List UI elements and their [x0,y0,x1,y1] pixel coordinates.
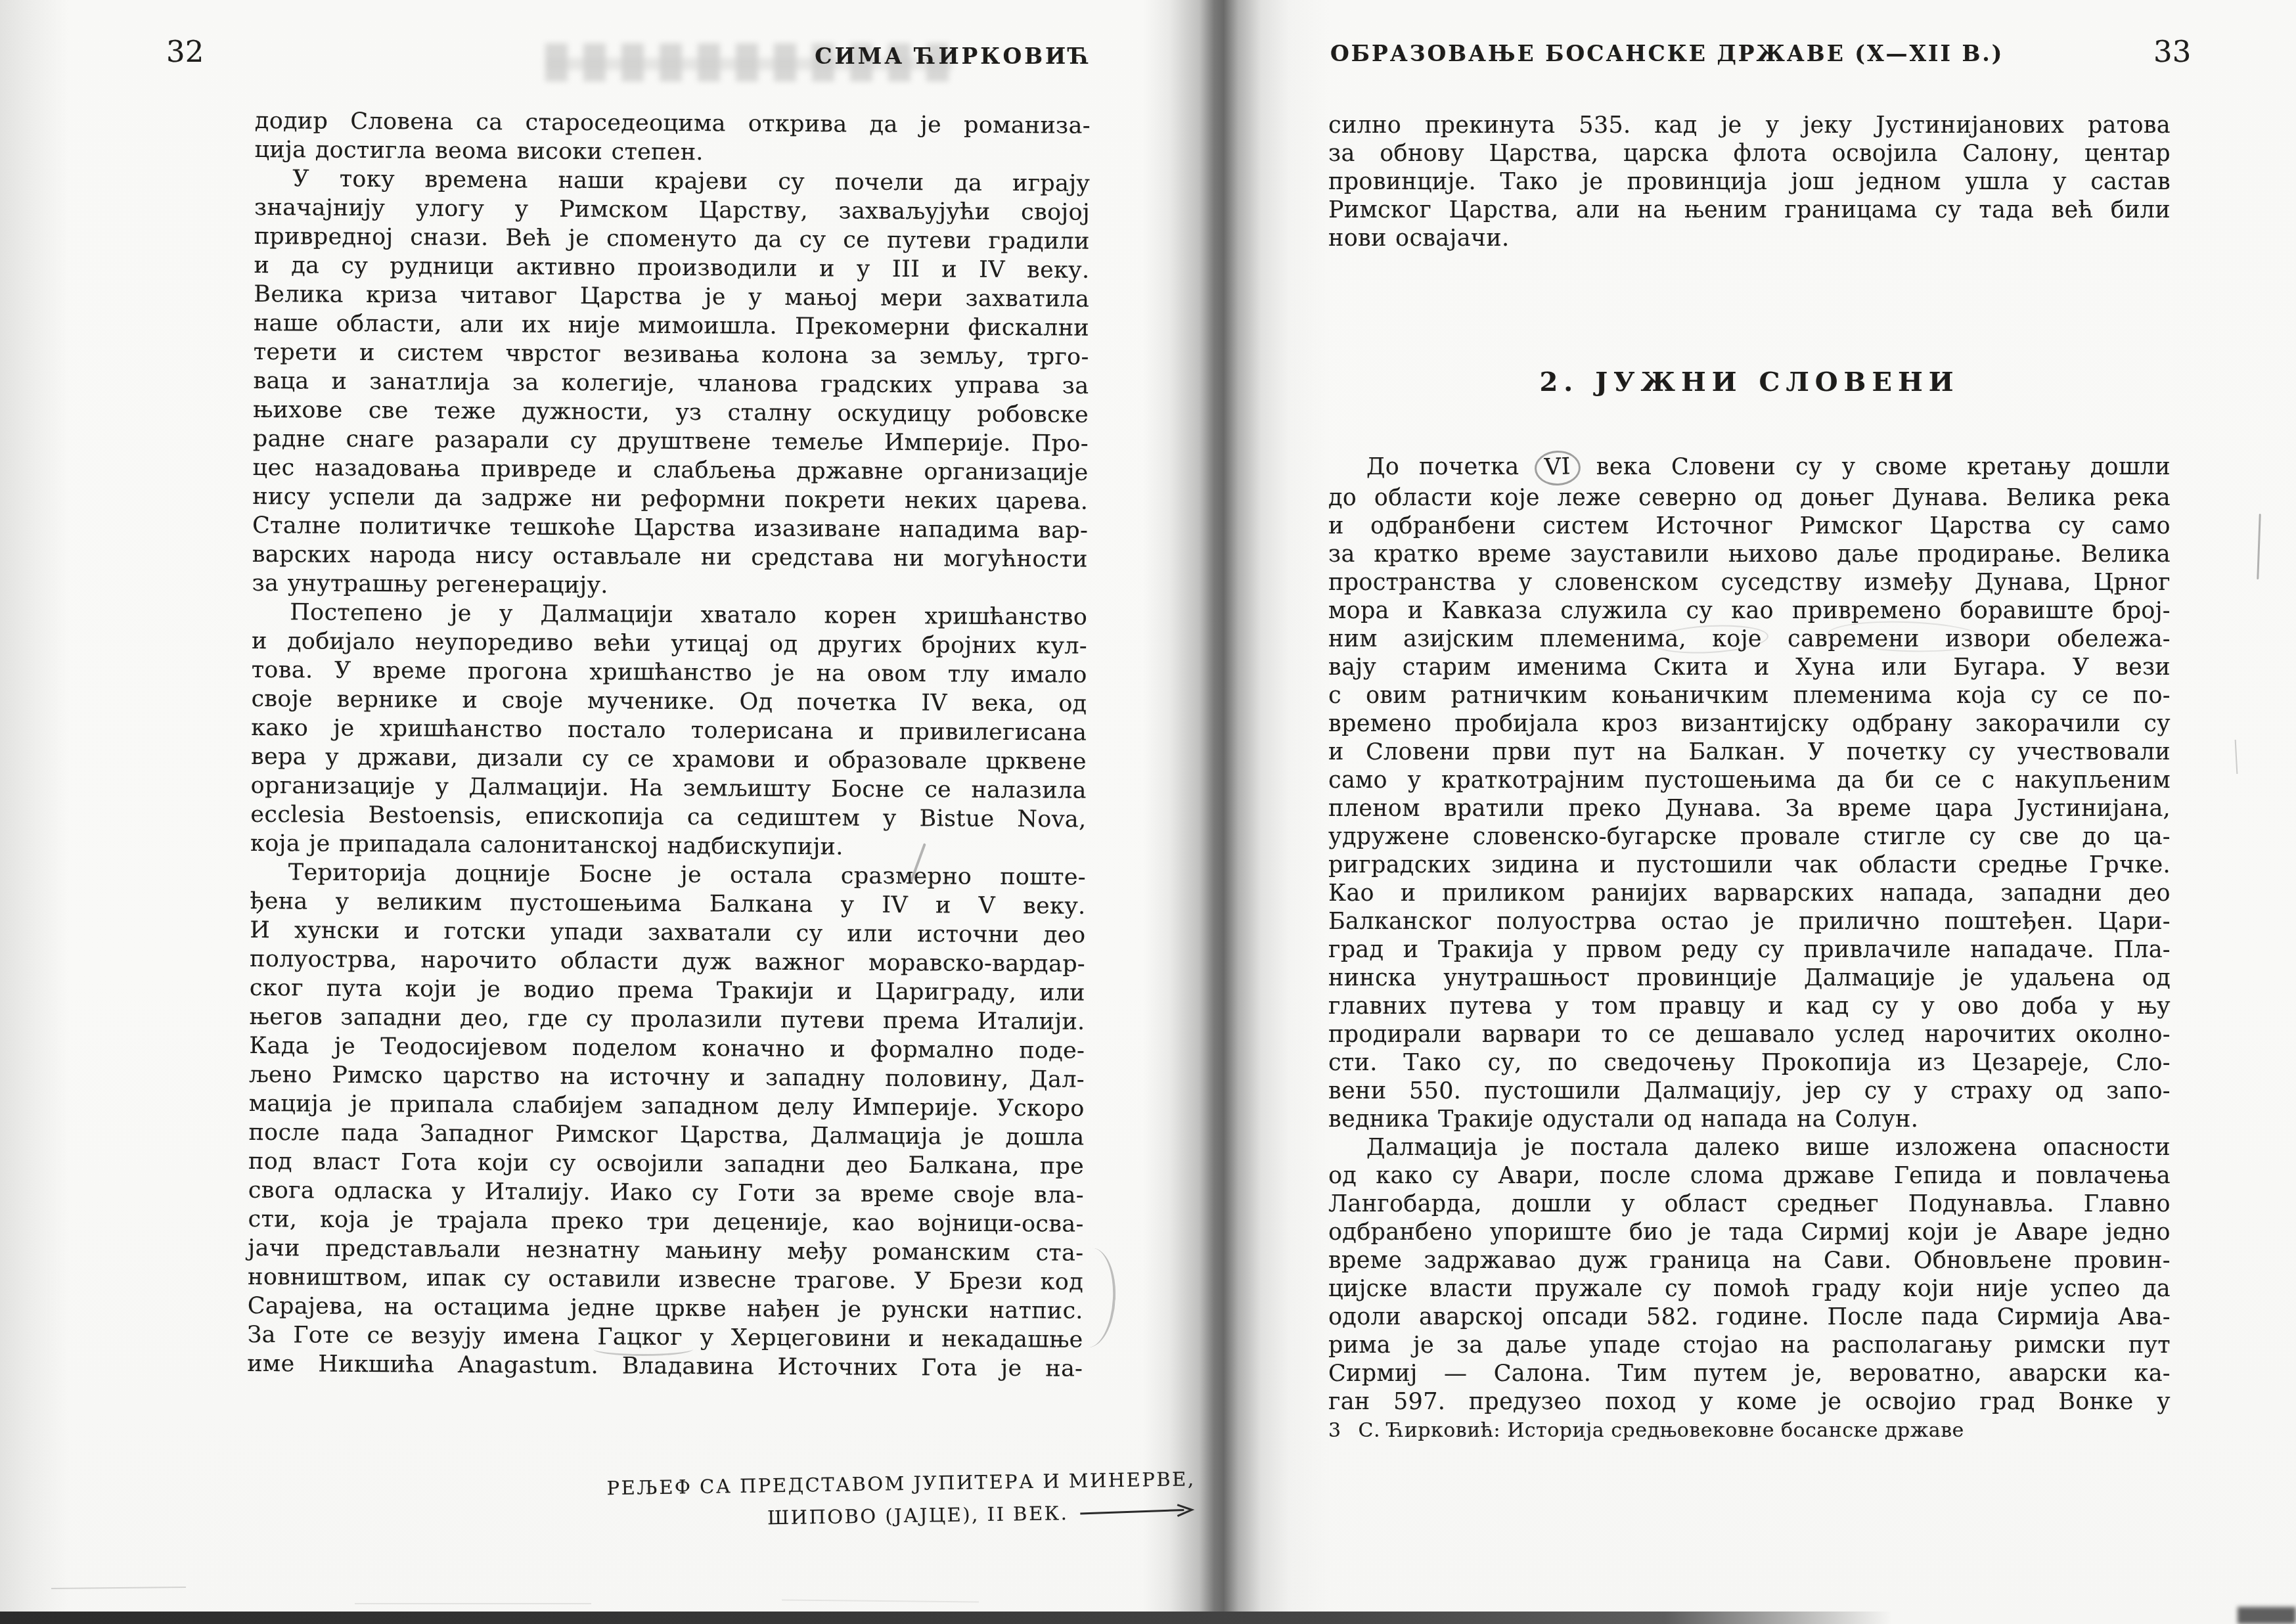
text-line: и одбранбени систем Источног Римског Цар… [1328,512,2171,541]
text-line: за кратко време зауставили њихово даље п… [1328,541,2171,569]
scan-bottom-band [0,1612,1892,1624]
text-line: која је припадала салонитанској надбиску… [250,829,1086,863]
pencil-circle-annotation: VI [1534,450,1581,486]
running-header-right: ОБРАЗОВАЊЕ БОСАНСКЕ ДРЖАВЕ (X—XII В.) [1330,41,2004,66]
text-line: полуострва, нарочито области дуж важног … [250,945,1085,979]
text-line: времено пробијала кроз византијску одбра… [1328,710,2171,738]
text-line: цес назадовања привреде и слабљења држав… [253,453,1089,487]
book-scan-spread: 32 СИМА ЋИРКОВИЋ додир Словена са старос… [0,0,2296,1624]
running-header-left: СИМА ЋИРКОВИЋ [723,43,1092,69]
text-line: град и Тракија у првом реду су привлачил… [1328,936,2171,964]
text-line: под власт Гота који су освојили западни … [248,1147,1084,1181]
caption-arrow-icon [1079,1501,1196,1522]
text-line: и Словени први пут на Балкан. У почетку … [1328,738,2171,767]
text-line: Сирмиј — Салона. Тим путем је, вероватно… [1328,1360,2171,1388]
text-line: ског пута који је водио према Тракији и … [250,974,1085,1008]
text-line: вени 550. пустошили Далмацију, јер су у … [1328,1077,2171,1106]
right-page-body-text: До почетка VI века Словени су у своме кр… [1328,452,2171,1416]
text-line: нови освајачи. [1328,225,2171,253]
text-line: Сарајева, на остацима једне цркве нађен … [248,1292,1083,1326]
text-line: Балканског полуострва остао је прилично … [1328,908,2171,936]
text-line: нису успели да задрже ни реформни покрет… [252,482,1088,516]
pencil-margin-line [2257,514,2261,579]
text-line: удружене словенско-бугарске провале стиг… [1328,823,2171,851]
text-line: јачи представљали незнатну мањину међу р… [248,1234,1083,1268]
text-line: До почетка VI века Словени су у своме кр… [1328,452,2171,484]
text-line: рима је за даље упаде стојао на располаг… [1328,1332,2171,1360]
text-line: сти. Тако су, по сведочењу Прокопија из … [1328,1049,2171,1077]
text-line: У току времена наши крајеви су почели да… [254,164,1090,198]
text-line-segment: До почетка [1366,454,1539,480]
text-line: значајнију улогу у Римском Царству, захв… [254,193,1090,227]
text-line: варских народа нису остављале ни средста… [252,540,1088,574]
text-line: мора и Кавказа служила су као привремено… [1328,597,2171,625]
text-line: пленом вратили преко Дунава. За време ца… [1328,795,2171,823]
text-line: ведника Тракије одустали од напада на Со… [1328,1106,2171,1134]
text-line: своје вернике и своје мученике. Од почет… [251,685,1087,719]
text-line: главних путева у том правцу и кад су у о… [1328,993,2171,1021]
text-line: љено Римско царство на источну и западну… [249,1060,1085,1094]
scan-scratch-line [782,1599,979,1602]
section-heading: 2. ЈУЖНИ СЛОВЕНИ [1328,367,2171,398]
caption-line-text: ШИПОВО (ЈАЈЦЕ), II ВЕК. [767,1502,1069,1529]
text-line: ecclesia Bestoensis, епископија са седиш… [250,800,1086,834]
right-page-body: силно прекинута 535. кад је у јеку Јусти… [1328,112,2171,1416]
book-gutter-shadow [1143,0,1330,1624]
text-line: Постепено је у Далмацији хватало корен х… [252,598,1087,632]
text-line: риградских зидина и пустошили чак област… [1328,851,2171,880]
text-line: сти, која је трајала преко три деценије,… [248,1205,1084,1239]
text-line: после пада Западног Римског Царства, Дал… [248,1118,1084,1152]
text-line: Територија доцније Босне је остала сразм… [250,858,1086,892]
text-line: до области које леже северно од доњег Ду… [1328,484,2171,512]
scan-corner-smudge [2238,1607,2296,1624]
text-line: За Готе се везују имена Гацког у Херцего… [247,1320,1083,1355]
text-line: вера у држави, дизали су се храмови и об… [251,742,1087,777]
text-line: Када је Теодосијевом поделом коначно и ф… [249,1031,1085,1066]
text-line: Велика криза читавог Царства је у мањој … [254,280,1089,314]
text-line: ваца и занатлија за колегије, чланова гр… [253,367,1089,401]
text-line: Лангобарда, дошли у област средњег Подун… [1328,1190,2171,1219]
text-line: за обнову Царства, царска флота освојила… [1328,140,2171,168]
text-line: ђена у великим пустошењима Балкана у IV … [250,887,1085,921]
text-line-segment: века Словени су у своме кретању дошли [1577,454,2171,480]
text-line: само у краткотрајним пустошењима да би с… [1328,767,2171,795]
text-line: терети и систем чврстог везивања колона … [254,338,1089,372]
text-line: како је хришћанство постало толерисана и… [251,713,1087,748]
text-line: пространства у словенском суседству изме… [1328,569,2171,597]
text-line: провинције. Тако је провинција још једно… [1328,168,2171,196]
text-line: Римског Царства, али на њеним границама … [1328,196,2171,225]
text-line: мација је припала слабијем западном делу… [249,1089,1085,1123]
text-line: њихове све теже дужности, уз сталну оску… [253,395,1089,430]
text-line: његов западни део, где су пролазили путе… [249,1003,1085,1037]
scan-scratch-line [355,1603,591,1604]
text-line: за унутрашњу регенерацију. [252,569,1087,603]
text-line: и да су рудници активно производили и у … [254,251,1089,285]
text-line: време задржавао дуж граница на Сави. Обн… [1328,1247,2171,1275]
text-line: нинска унутрашњост провинције Далмације … [1328,964,2171,993]
text-line: Као и приликом ранијих варварских напада… [1328,880,2171,908]
text-line: вају старим именима Скита и Хуна или Буг… [1328,654,2171,682]
text-line: Далмација је постала далеко више изложен… [1328,1134,2171,1162]
footnote: 3С. Ћирковић: Историја средњовековне бос… [1328,1419,2171,1442]
text-line: одбранбено упориште био је тада Сирмиј к… [1328,1219,2171,1247]
text-line: Сталне политичке тешкоће Царства изазива… [252,511,1088,545]
text-line: име Никшића Anagastum. Владавина Источни… [247,1349,1083,1384]
scan-left-edge [0,0,69,1624]
figure-caption: РЕЉЕФ СА ПРЕДСТАВОМ ЈУПИТЕРА И МИНЕРВЕ, … [453,1463,1196,1539]
text-line: цијске власти пружале су помоћ граду кој… [1328,1275,2171,1303]
text-line: додир Словена са староседеоцима открива … [255,106,1091,141]
text-line: свога одласка у Италију. Иако су Готи за… [248,1176,1084,1210]
text-line: с овим ратничким коњаничким племенима ко… [1328,682,2171,710]
right-page-intro-text: силно прекинута 535. кад је у јеку Јусти… [1328,112,2171,253]
pencil-margin-line [2235,740,2238,774]
text-line: и добијало неупоредиво већи утицај од др… [252,627,1087,661]
text-line: организације у Далмацији. На земљишту Бо… [251,771,1087,805]
text-line: ним азијским племенима, које савремени и… [1328,625,2171,654]
text-line: новништвом, ипак су оставили извесне тра… [248,1263,1083,1297]
text-line: И хунски и готски упади захватали су или… [250,916,1085,950]
page-number-right: 33 [2153,34,2191,69]
left-page-body-text: додир Словена са староседеоцима открива … [247,106,1091,1384]
text-line: силно прекинута 535. кад је у јеку Јусти… [1328,112,2171,140]
footnote-text: С. Ћирковић: Историја средњовековне боса… [1359,1419,1964,1442]
footnote-mark: 3 [1328,1419,1341,1442]
text-line: одоли аварској опсади 582. године. После… [1328,1303,2171,1332]
text-line: привредној снази. Већ је споменуто да су… [254,222,1090,256]
text-line: наше области, али их није мимоишла. Прек… [254,309,1089,343]
text-line: од како су Авари, после слома државе Геп… [1328,1162,2171,1190]
scan-scratch-line [51,1587,186,1589]
text-line: това. У време прогона хришћанство је на … [252,656,1087,690]
text-line: ција достигла веома високи степен. [254,135,1090,169]
page-number-left: 32 [166,34,204,69]
text-line: продирали варвари то се дешавало услед н… [1328,1021,2171,1049]
text-line: радне снаге разарали су друштвене темеље… [253,424,1089,459]
text-line: ган 597. предузео поход у коме је освоји… [1328,1388,2171,1416]
